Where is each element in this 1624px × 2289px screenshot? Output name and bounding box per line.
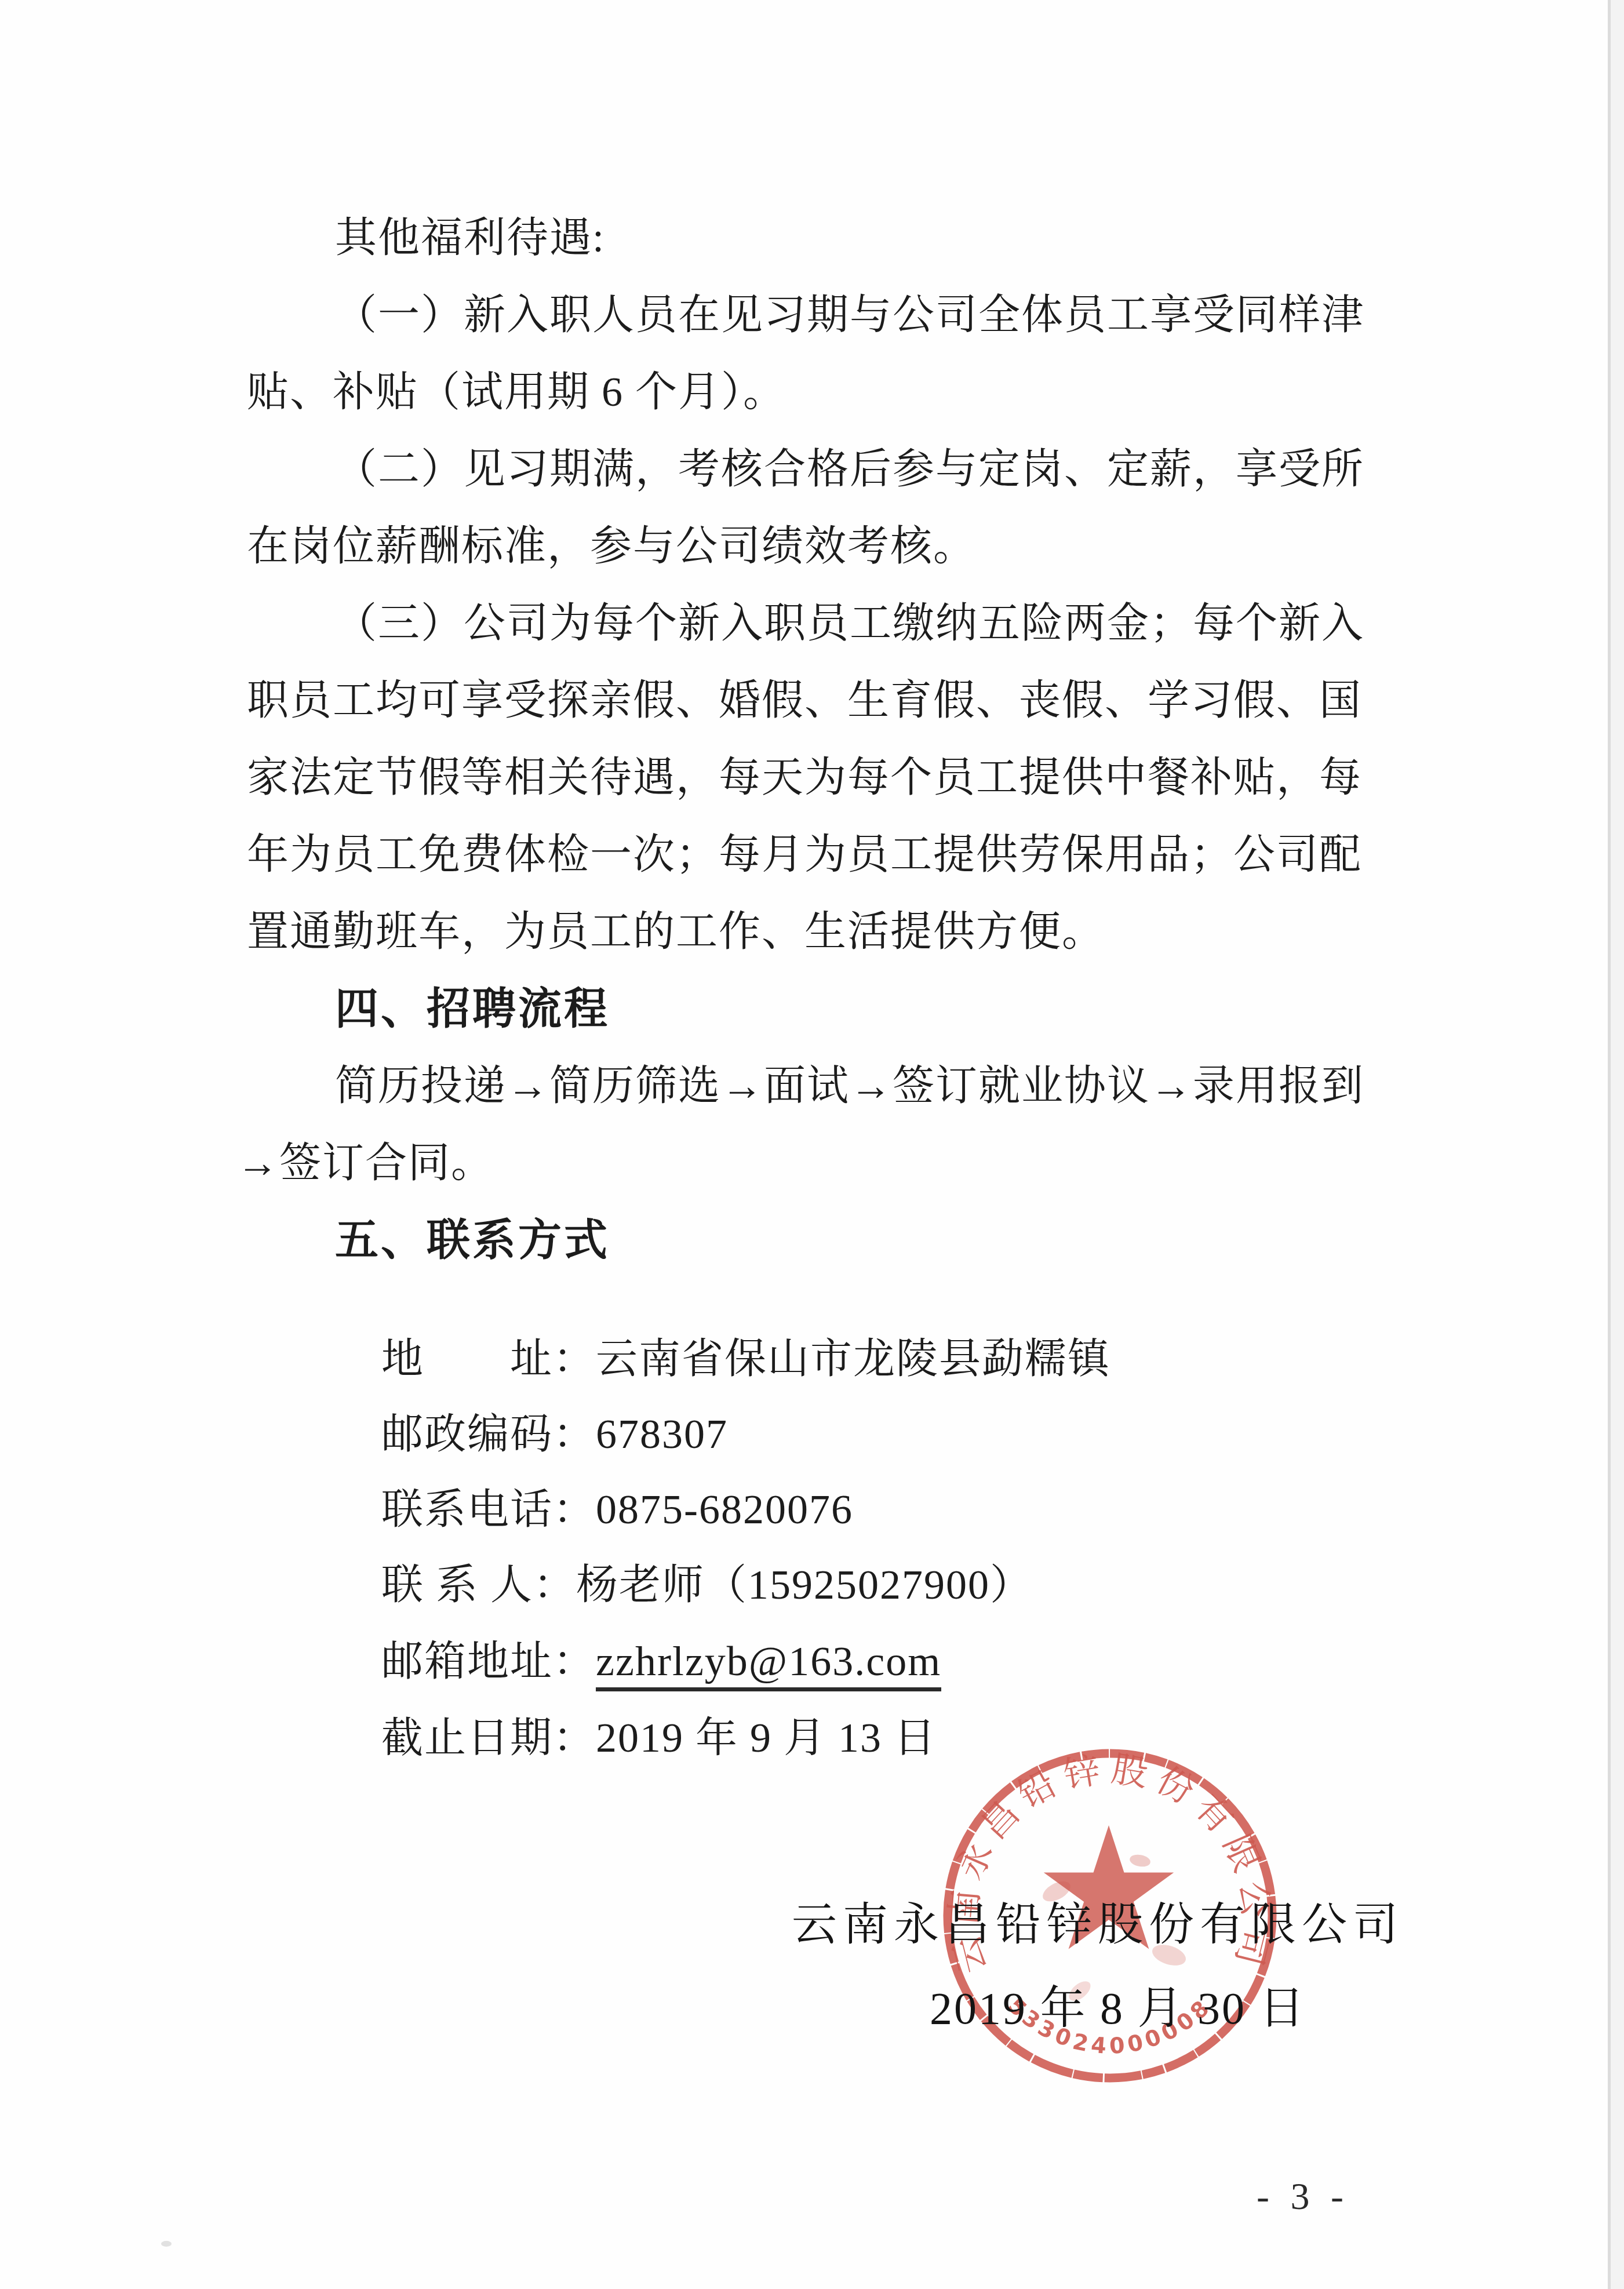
document-page: 其他福利待遇: （一）新入职人员在见习期与公司全体员工享受同样津 贴、补贴（试用… xyxy=(0,0,1624,2289)
body-line-process-a: 简历投递→简历筛选→面试→签订就业协议→录用报到 xyxy=(335,1064,1364,1109)
seal-ink-smudge xyxy=(1129,1853,1152,1868)
signature-company-name: 云南永昌铅锌股份有限公司 xyxy=(792,1888,1404,1953)
body-line-benefits-intro: 其他福利待遇: xyxy=(335,216,605,261)
deadline-value: 2019 年 9 月 13 日 xyxy=(596,1715,937,1761)
body-line-benefit3-a: （三）公司为每个新入职员工缴纳五险两金；每个新入 xyxy=(335,601,1364,646)
signature-date: 2019 年 8 月 30 日 xyxy=(930,1972,1306,2037)
body-line-benefit2-b: 在岗位薪酬标准，参与公司绩效考核。 xyxy=(247,524,976,569)
body-line-benefit1-a: （一）新入职人员在见习期与公司全体员工享受同样津 xyxy=(335,293,1364,338)
scan-edge-shade xyxy=(1611,0,1624,2289)
body-line-benefit1-b: 贴、补贴（试用期 6 个月）。 xyxy=(247,370,786,415)
body-line-benefit3-d: 年为员工免费体检一次；每月为员工提供劳保用品；公司配 xyxy=(247,832,1362,878)
contact-row-deadline: 截止日期：2019 年 9 月 13 日 xyxy=(335,1671,937,1806)
scan-smudge xyxy=(161,2241,172,2247)
deadline-label: 截止日期： xyxy=(381,1715,596,1761)
body-line-benefit2-a: （二）见习期满，考核合格后参与定岗、定薪，享受所 xyxy=(335,447,1364,492)
page-number: - 3 - xyxy=(1257,2175,1349,2219)
body-line-process-b: →签订合同。 xyxy=(236,1141,494,1186)
body-line-benefit3-b: 职员工均可享受探亲假、婚假、生育假、丧假、学习假、国 xyxy=(247,678,1362,723)
section-heading-contact: 五、联系方式 xyxy=(335,1217,610,1264)
body-line-benefit3-c: 家法定节假等相关待遇，每天为每个员工提供中餐补贴，每 xyxy=(247,755,1362,800)
body-line-benefit3-e: 置通勤班车，为员工的工作、生活提供方便。 xyxy=(247,909,1105,955)
section-heading-recruit-process: 四、招聘流程 xyxy=(335,985,610,1032)
